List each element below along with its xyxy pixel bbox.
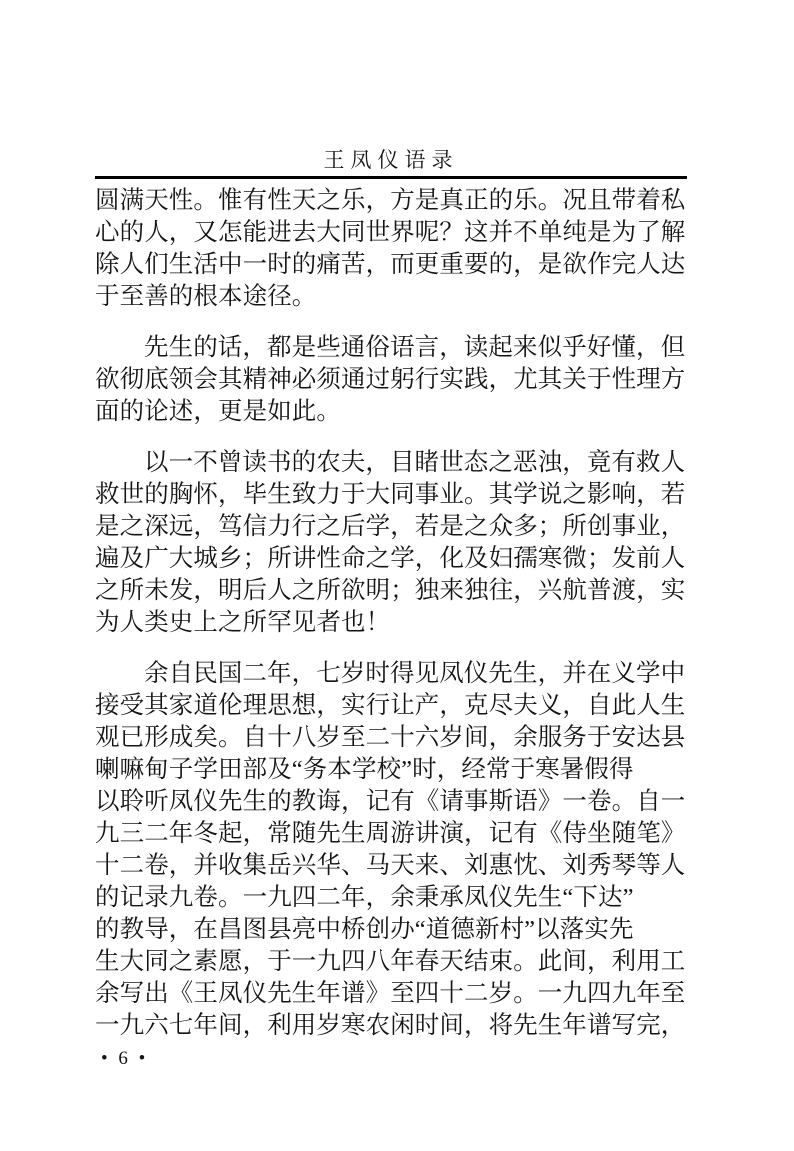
text-line: 心的人，又怎能进去大同世界呢？这并不单纯是为了解: [95, 217, 687, 249]
text-column: 王凤仪语录 圆满天性。惟有性天之乐，方是真正的乐。况且带着私心的人，又怎能进去大…: [95, 147, 687, 1071]
text-line: 余自民国二年，七岁时得见凤仪先生，并在义学中: [95, 658, 687, 690]
text-line: 为人类史上之所罕见者也！: [95, 607, 687, 639]
body-text: 圆满天性。惟有性天之乐，方是真正的乐。况且带着私心的人，又怎能进去大同世界呢？这…: [95, 185, 687, 1042]
text-line: 欲彻底领会其精神必须通过躬行实践，尤其关于性理方: [95, 364, 687, 396]
text-line: 遍及广大城乡；所讲性命之学，化及妇孺寒微；发前人: [95, 543, 687, 575]
text-line: 一九六七年间，利用岁寒农闲时间，将先生年谱写完，: [95, 1010, 687, 1042]
text-line: 余写出《王凤仪先生年谱》至四十二岁。一九四九年至: [95, 978, 687, 1010]
text-line: 生大同之素愿，于一九四八年春天结束。此间，利用工: [95, 946, 687, 978]
paragraph: 先生的话，都是些通俗语言，读起来似乎好懂，但欲彻底领会其精神必须通过躬行实践，尤…: [95, 332, 687, 428]
text-line: 救世的胸怀，毕生致力于大同事业。其学说之影响，若: [95, 479, 687, 511]
text-line: 以聆听凤仪先生的教诲，记有《请事斯语》一卷。自一: [95, 786, 687, 818]
text-line: 圆满天性。惟有性天之乐，方是真正的乐。况且带着私: [95, 185, 687, 217]
text-line: 十二卷，并收集岳兴华、马天来、刘惠忱、刘秀琴等人: [95, 850, 687, 882]
text-line: 的教导，在昌图县亮中桥创办“道德新村”以落实先: [95, 914, 687, 946]
text-line: 九三二年冬起，常随先生周游讲演，记有《侍坐随笔》: [95, 818, 687, 850]
text-line: 喇嘛甸子学田部及“务本学校”时，经常于寒暑假得: [95, 754, 687, 786]
paragraph: 圆满天性。惟有性天之乐，方是真正的乐。况且带着私心的人，又怎能进去大同世界呢？这…: [95, 185, 687, 313]
text-line: 于至善的根本途径。: [95, 281, 687, 313]
paragraph: 余自民国二年，七岁时得见凤仪先生，并在义学中接受其家道伦理思想，实行让产，克尽夫…: [95, 658, 687, 1042]
page-number: • 6 •: [95, 1047, 687, 1071]
book-page: 王凤仪语录 圆满天性。惟有性天之乐，方是真正的乐。况且带着私心的人，又怎能进去大…: [0, 0, 794, 1151]
text-line: 除人们生活中一时的痛苦，而更重要的，是欲作完人达: [95, 249, 687, 281]
text-line: 观已形成矣。自十八岁至二十六岁间，余服务于安达县: [95, 722, 687, 754]
text-line: 先生的话，都是些通俗语言，读起来似乎好懂，但: [95, 332, 687, 364]
header-rule: [95, 176, 687, 179]
running-header-title: 王凤仪语录: [95, 147, 687, 173]
text-line: 面的论述，更是如此。: [95, 396, 687, 428]
text-line: 接受其家道伦理思想，实行让产，克尽夫义，自此人生: [95, 690, 687, 722]
text-line: 的记录九卷。一九四二年，余秉承凤仪先生“下达”: [95, 882, 687, 914]
text-line: 以一不曾读书的农夫，目睹世态之恶浊，竟有救人: [95, 447, 687, 479]
paragraph: 以一不曾读书的农夫，目睹世态之恶浊，竟有救人救世的胸怀，毕生致力于大同事业。其学…: [95, 447, 687, 639]
text-line: 是之深远，笃信力行之后学，若是之众多；所创事业，: [95, 511, 687, 543]
text-line: 之所未发，明后人之所欲明；独来独往，兴航普渡，实: [95, 575, 687, 607]
